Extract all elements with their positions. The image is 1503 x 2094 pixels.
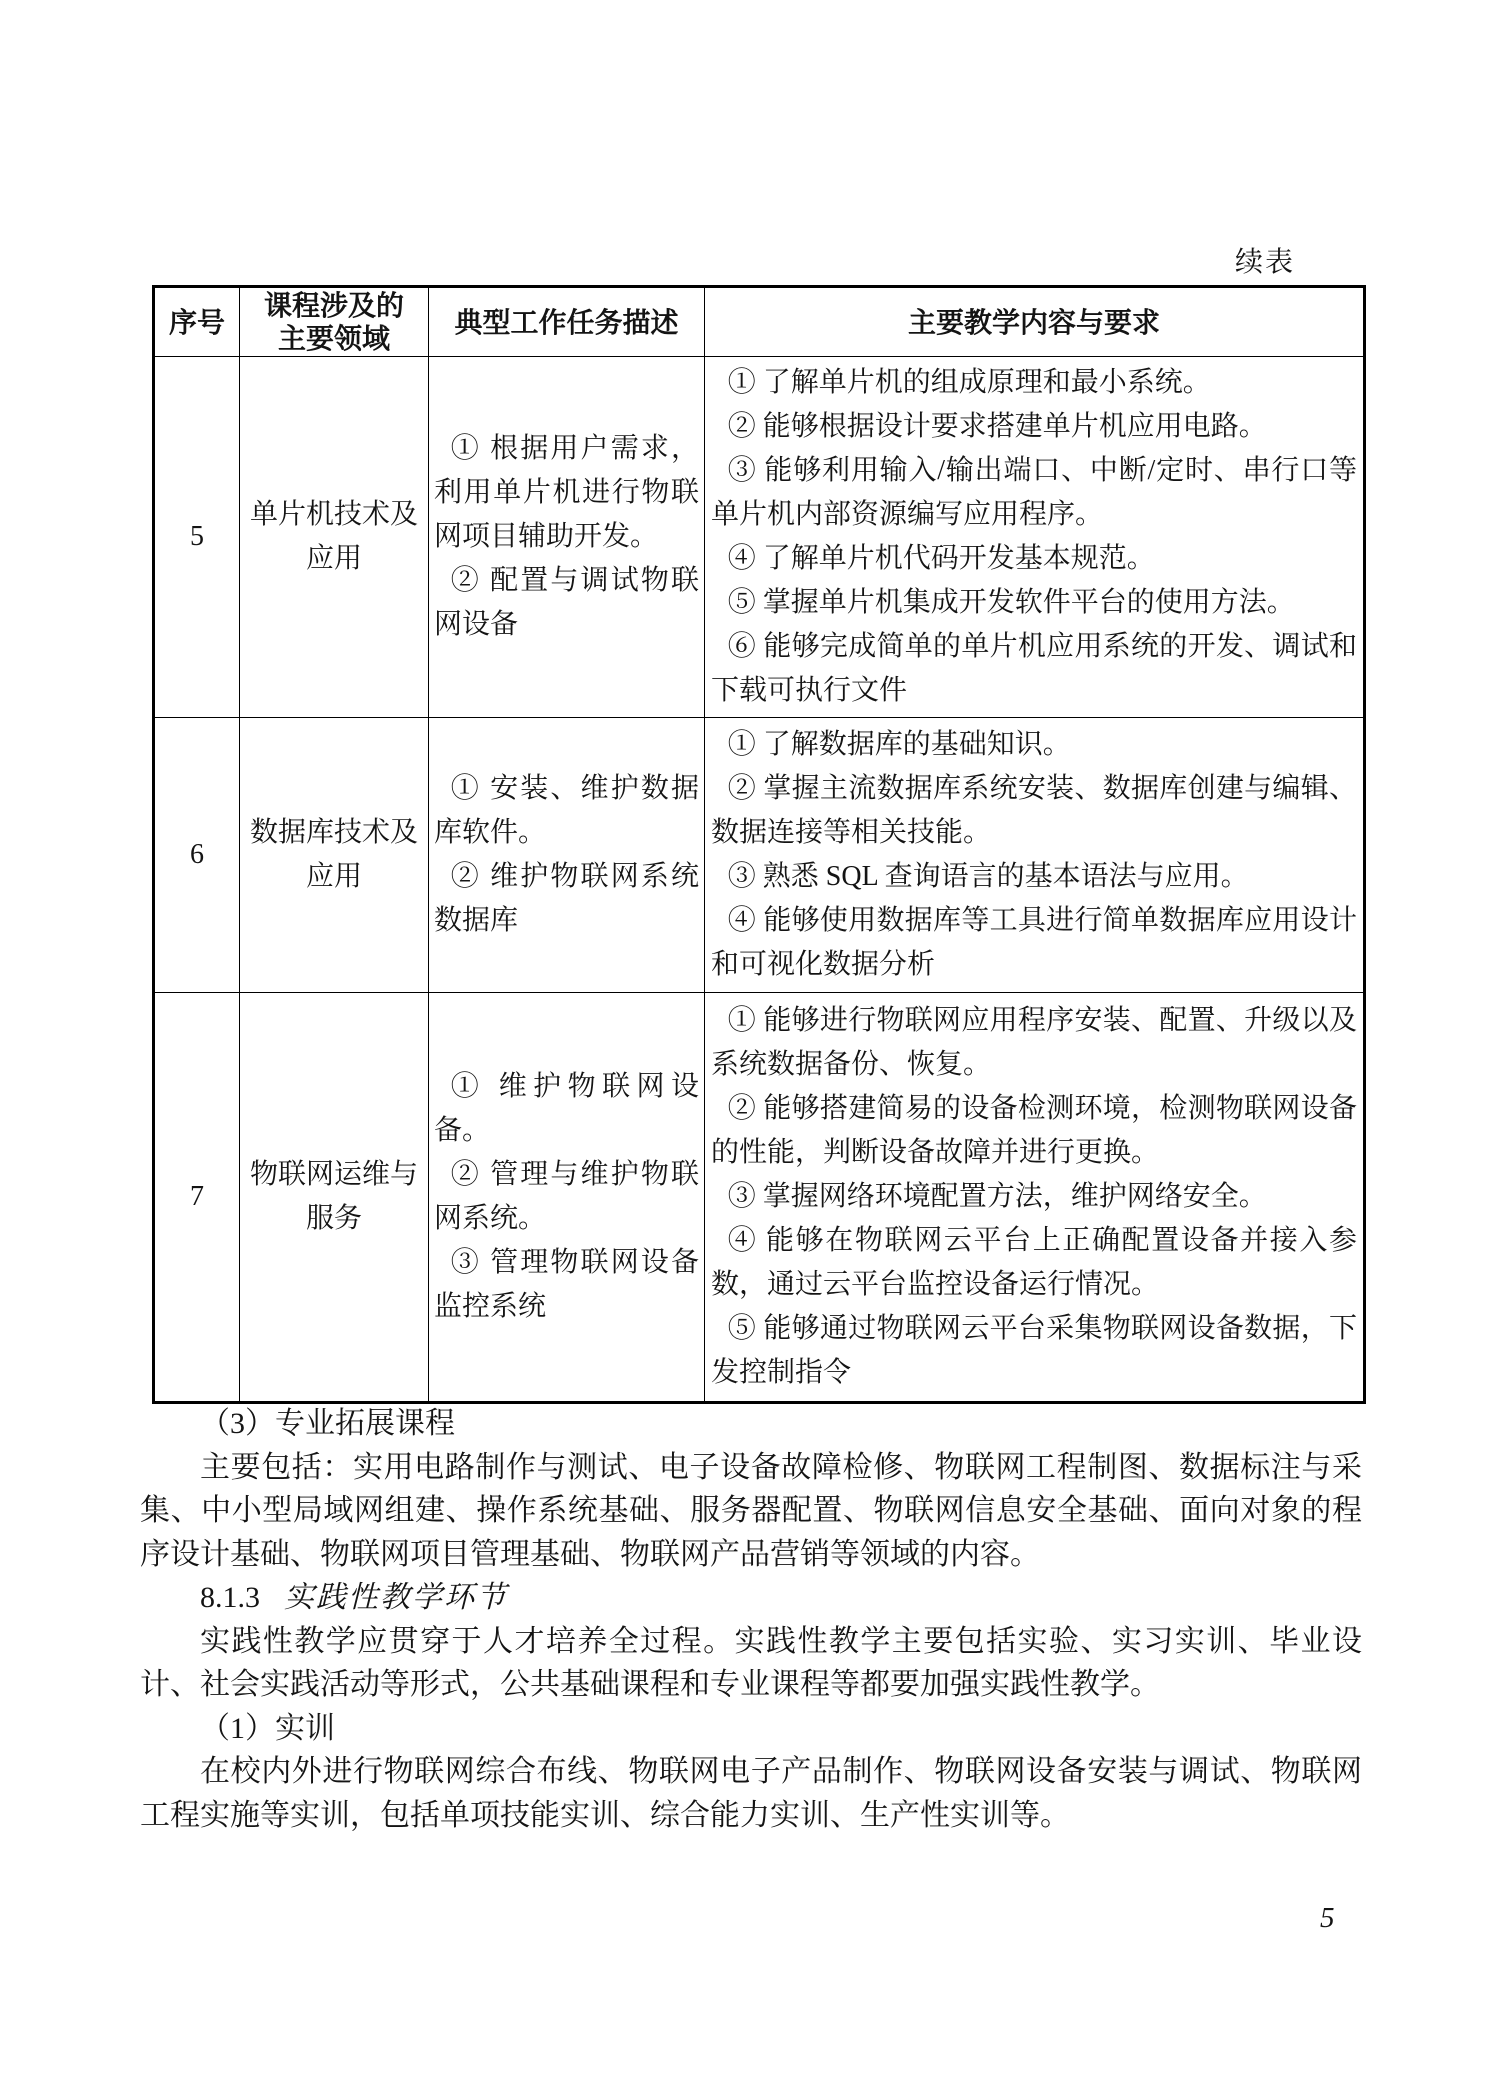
content-item: ④ 能够使用数据库等工具进行简单数据库应用设计和可视化数据分析	[711, 899, 1357, 987]
page-number: 5	[1320, 1902, 1335, 1935]
heading-training: （1）实训	[140, 1707, 1362, 1751]
contents-cell: ① 能够进行物联网应用程序安装、配置、升级以及系统数据备份、恢复。 ② 能够搭建…	[705, 993, 1365, 1403]
para-training: 在校内外进行物联网综合布线、物联网电子产品制作、物联网设备安装与调试、物联网工程…	[140, 1750, 1362, 1837]
header-cell-no: 序号	[154, 287, 240, 357]
task-item: ② 维护物联网系统数据库	[434, 855, 699, 943]
contents-cell: ① 了解数据库的基础知识。 ② 掌握主流数据库系统安装、数据库创建与编辑、数据连…	[705, 718, 1365, 993]
header-cell-contents: 主要教学内容与要求	[705, 287, 1365, 357]
content-item: ③ 能够利用输入/输出端口、中断/定时、串行口等单片机内部资源编写应用程序。	[711, 449, 1357, 537]
contents-cell: ① 了解单片机的组成原理和最小系统。 ② 能够根据设计要求搭建单片机应用电路。 …	[705, 357, 1365, 718]
content-item: ③ 熟悉 SQL 查询语言的基本语法与应用。	[711, 855, 1357, 899]
heading-professional-expansion-courses: （3）专业拓展课程	[140, 1402, 1362, 1446]
content-item: ② 能够根据设计要求搭建单片机应用电路。	[711, 405, 1357, 449]
content-item: ① 了解数据库的基础知识。	[711, 723, 1357, 767]
table-row: 7 物联网运维与服务 ① 维护物联网设备。 ② 管理与维护物联网系统。 ③ 管理…	[154, 993, 1365, 1403]
table-row: 5 单片机技术及应用 ① 根据用户需求，利用单片机进行物联网项目辅助开发。 ② …	[154, 357, 1365, 718]
content-item: ② 掌握主流数据库系统安装、数据库创建与编辑、数据连接等相关技能。	[711, 767, 1357, 855]
task-item: ③ 管理物联网设备监控系统	[434, 1241, 699, 1329]
task-item: ① 安装、维护数据库软件。	[434, 767, 699, 855]
para-practice-teaching: 实践性教学应贯穿于人才培养全过程。实践性教学主要包括实验、实习实训、毕业设计、社…	[140, 1620, 1362, 1707]
content-item: ⑤ 掌握单片机集成开发软件平台的使用方法。	[711, 581, 1357, 625]
content-item: ⑥ 能够完成简单的单片机应用系统的开发、调试和下载可执行文件	[711, 625, 1357, 713]
task-item: ① 维护物联网设备。	[434, 1065, 699, 1153]
tasks-cell: ① 安装、维护数据库软件。 ② 维护物联网系统数据库	[429, 718, 705, 993]
content-item: ④ 能够在物联网云平台上正确配置设备并接入参数，通过云平台监控设备运行情况。	[711, 1219, 1357, 1307]
content-item: ③ 掌握网络环境配置方法，维护网络安全。	[711, 1175, 1357, 1219]
body-text-section: （3）专业拓展课程 主要包括：实用电路制作与测试、电子设备故障检修、物联网工程制…	[140, 1402, 1362, 1837]
task-item: ② 配置与调试物联网设备	[434, 559, 699, 647]
section-heading-practical-teaching: 8.1.3实践性教学环节	[140, 1576, 1362, 1620]
header-cell-tasks: 典型工作任务描述	[429, 287, 705, 357]
task-item: ① 根据用户需求，利用单片机进行物联网项目辅助开发。	[434, 427, 699, 559]
row-number-cell: 6	[154, 718, 240, 993]
continuation-table-label: 续表	[1180, 240, 1295, 280]
domain-cell: 数据库技术及应用	[240, 718, 429, 993]
content-item: ⑤ 能够通过物联网云平台采集物联网设备数据，下发控制指令	[711, 1307, 1357, 1395]
para-expansion-courses: 主要包括：实用电路制作与测试、电子设备故障检修、物联网工程制图、数据标注与采集、…	[140, 1446, 1362, 1577]
row-number-cell: 5	[154, 357, 240, 718]
task-item: ② 管理与维护物联网系统。	[434, 1153, 699, 1241]
domain-cell: 物联网运维与服务	[240, 993, 429, 1403]
table-row: 6 数据库技术及应用 ① 安装、维护数据库软件。 ② 维护物联网系统数据库 ① …	[154, 718, 1365, 993]
tasks-cell: ① 根据用户需求，利用单片机进行物联网项目辅助开发。 ② 配置与调试物联网设备	[429, 357, 705, 718]
section-number: 8.1.3	[200, 1581, 260, 1614]
domain-cell: 单片机技术及应用	[240, 357, 429, 718]
content-item: ① 了解单片机的组成原理和最小系统。	[711, 361, 1357, 405]
section-title: 实践性教学环节	[284, 1581, 508, 1614]
content-item: ① 能够进行物联网应用程序安装、配置、升级以及系统数据备份、恢复。	[711, 999, 1357, 1087]
document-page: 续表 序号 课程涉及的 主要领域 典型工作任务描述 主要教学内容与要求 5 单片…	[0, 0, 1503, 2094]
tasks-cell: ① 维护物联网设备。 ② 管理与维护物联网系统。 ③ 管理物联网设备监控系统	[429, 993, 705, 1403]
table-header-row: 序号 课程涉及的 主要领域 典型工作任务描述 主要教学内容与要求	[154, 287, 1365, 357]
row-number-cell: 7	[154, 993, 240, 1403]
course-table: 序号 课程涉及的 主要领域 典型工作任务描述 主要教学内容与要求 5 单片机技术…	[152, 285, 1366, 1404]
header-cell-domain: 课程涉及的 主要领域	[240, 287, 429, 357]
content-item: ④ 了解单片机代码开发基本规范。	[711, 537, 1357, 581]
content-item: ② 能够搭建简易的设备检测环境，检测物联网设备的性能，判断设备故障并进行更换。	[711, 1087, 1357, 1175]
